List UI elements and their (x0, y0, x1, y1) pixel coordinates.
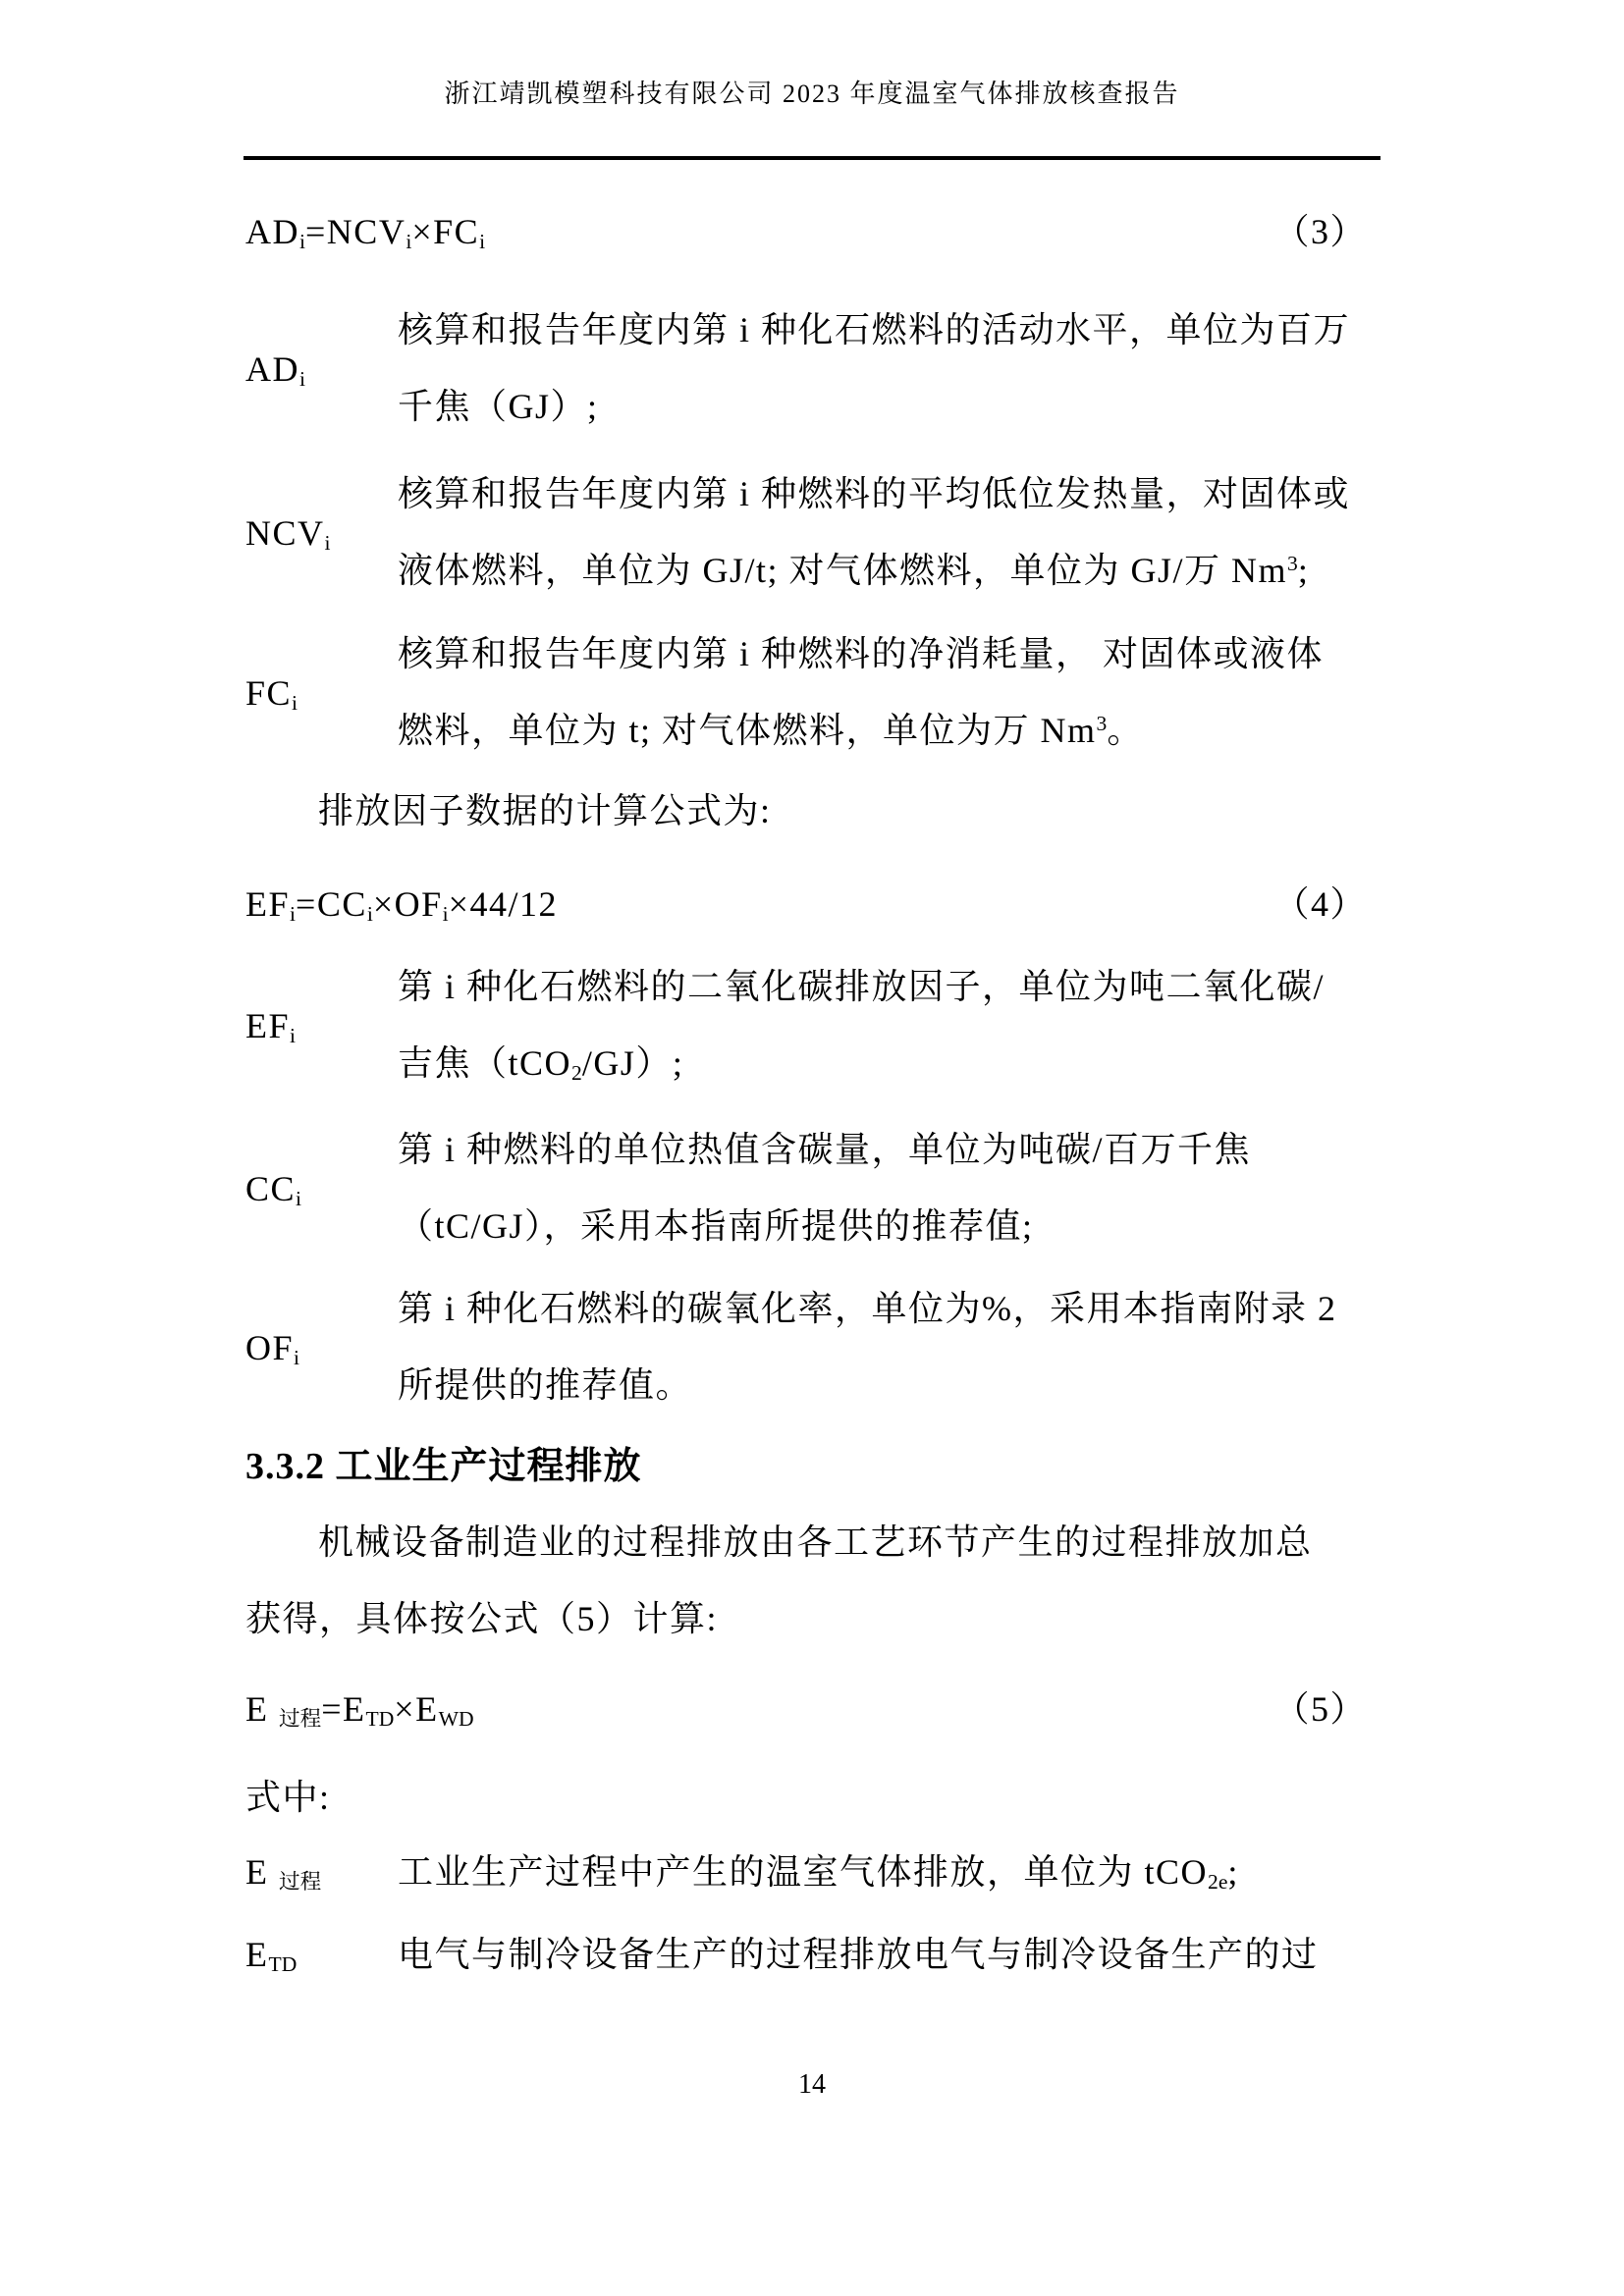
definition-e-process: E 过程 工业生产过程中产生的温室气体排放，单位为 tCO2e; (245, 1849, 1380, 1895)
paragraph-where: 式中: (245, 1775, 1380, 1820)
section-heading-332: 3.3.2 工业生产过程排放 (245, 1435, 1380, 1489)
definition-fci-description: 核算和报告年度内第 i 种燃料的净消耗量， 对固体或液体 燃料，单位为 t; 对… (398, 631, 1380, 784)
definition-fci-term: FCi (245, 631, 398, 784)
definition-efi: EFi 第 i 种化石燃料的二氧化碳排放因子，单位为吨二氧化碳/ 吉焦（tCO2… (245, 964, 1380, 1117)
paragraph-process-line2: 获得，具体按公式（5）计算: (245, 1596, 1380, 1641)
definition-efi-line1: 第 i 种化石燃料的二氧化碳排放因子，单位为吨二氧化碳/ (398, 964, 1380, 1041)
definition-cci-line1: 第 i 种燃料的单位热值含碳量，单位为吨碳/百万千焦 (398, 1127, 1380, 1203)
paragraph-ef-intro: 排放因子数据的计算公式为: (245, 788, 1453, 833)
definition-fci: FCi 核算和报告年度内第 i 种燃料的净消耗量， 对固体或液体 燃料，单位为 … (245, 631, 1380, 784)
definition-cci: CCi 第 i 种燃料的单位热值含碳量，单位为吨碳/百万千焦 （tC/GJ），采… (245, 1127, 1380, 1280)
definition-fci-line2: 燃料，单位为 t; 对气体燃料，单位为万 Nm3。 (398, 708, 1380, 784)
definition-e-process-line1: 工业生产过程中产生的温室气体排放，单位为 tCO2e; (398, 1849, 1380, 1895)
definition-adi-line2: 千焦（GJ）; (398, 384, 1380, 460)
document-page: 浙江靖凯模塑科技有限公司 2023 年度温室气体排放核查报告 ADi=NCVi×… (0, 0, 1624, 2296)
definition-etd-line1: 电气与制冷设备生产的过程排放电气与制冷设备生产的过 (398, 1932, 1380, 1977)
definition-cci-line2: （tC/GJ），采用本指南所提供的推荐值; (398, 1203, 1380, 1280)
definition-ncvi-line1: 核算和报告年度内第 i 种燃料的平均低位发热量，对固体或 (398, 471, 1380, 548)
definition-ncvi-term: NCVi (245, 471, 398, 624)
definition-ofi-line2: 所提供的推荐值。 (398, 1362, 1380, 1439)
definition-e-process-term: E 过程 (245, 1849, 398, 1895)
definition-ncvi-description: 核算和报告年度内第 i 种燃料的平均低位发热量，对固体或 液体燃料，单位为 GJ… (398, 471, 1380, 624)
definition-ofi-term: OFi (245, 1286, 398, 1439)
equation-4-number: （4） (1273, 881, 1367, 927)
equation-3-number: （3） (1273, 209, 1367, 254)
definition-adi-description: 核算和报告年度内第 i 种化石燃料的活动水平，单位为百万 千焦（GJ）; (398, 307, 1380, 460)
definition-cci-term: CCi (245, 1127, 398, 1280)
paragraph-process-line1: 机械设备制造业的过程排放由各工艺环节产生的过程排放加总 (245, 1520, 1453, 1565)
definition-adi-term: ADi (245, 307, 398, 460)
equation-3-formula: ADi=NCVi×FCi (245, 209, 485, 254)
definition-ofi-line1: 第 i 种化石燃料的碳氧化率，单位为%，采用本指南附录 2 (398, 1286, 1380, 1362)
definition-adi-line1: 核算和报告年度内第 i 种化石燃料的活动水平，单位为百万 (398, 307, 1380, 384)
definition-ofi-description: 第 i 种化石燃料的碳氧化率，单位为%，采用本指南附录 2 所提供的推荐值。 (398, 1286, 1380, 1439)
running-header-title: 浙江靖凯模塑科技有限公司 2023 年度温室气体排放核查报告 (244, 79, 1380, 110)
definition-etd-description: 电气与制冷设备生产的过程排放电气与制冷设备生产的过 (398, 1932, 1380, 1977)
equation-4-formula: EFi=CCi×OFi×44/12 (245, 881, 558, 927)
header-rule (244, 156, 1380, 160)
definition-adi: ADi 核算和报告年度内第 i 种化石燃料的活动水平，单位为百万 千焦（GJ）; (245, 307, 1380, 460)
page-number: 14 (0, 2069, 1624, 2101)
definition-ncvi: NCVi 核算和报告年度内第 i 种燃料的平均低位发热量，对固体或 液体燃料，单… (245, 471, 1380, 624)
definition-ofi: OFi 第 i 种化石燃料的碳氧化率，单位为%，采用本指南附录 2 所提供的推荐… (245, 1286, 1380, 1439)
definition-etd-term: ETD (245, 1932, 398, 1977)
definition-ncvi-line2: 液体燃料，单位为 GJ/t; 对气体燃料，单位为 GJ/万 Nm3; (398, 548, 1380, 624)
equation-5: E 过程=ETD×EWD （5） (245, 1686, 1380, 1732)
equation-4: EFi=CCi×OFi×44/12 （4） (245, 881, 1380, 927)
definition-cci-description: 第 i 种燃料的单位热值含碳量，单位为吨碳/百万千焦 （tC/GJ），采用本指南… (398, 1127, 1380, 1280)
definition-efi-term: EFi (245, 964, 398, 1117)
definition-efi-line2: 吉焦（tCO2/GJ）; (398, 1041, 1380, 1117)
definition-e-process-description: 工业生产过程中产生的温室气体排放，单位为 tCO2e; (398, 1849, 1380, 1895)
equation-5-formula: E 过程=ETD×EWD (245, 1686, 474, 1732)
equation-3: ADi=NCVi×FCi （3） (245, 209, 1380, 254)
definition-etd: ETD 电气与制冷设备生产的过程排放电气与制冷设备生产的过 (245, 1932, 1380, 1977)
equation-5-number: （5） (1273, 1686, 1367, 1732)
definition-efi-description: 第 i 种化石燃料的二氧化碳排放因子，单位为吨二氧化碳/ 吉焦（tCO2/GJ）… (398, 964, 1380, 1117)
definition-fci-line1: 核算和报告年度内第 i 种燃料的净消耗量， 对固体或液体 (398, 631, 1380, 708)
